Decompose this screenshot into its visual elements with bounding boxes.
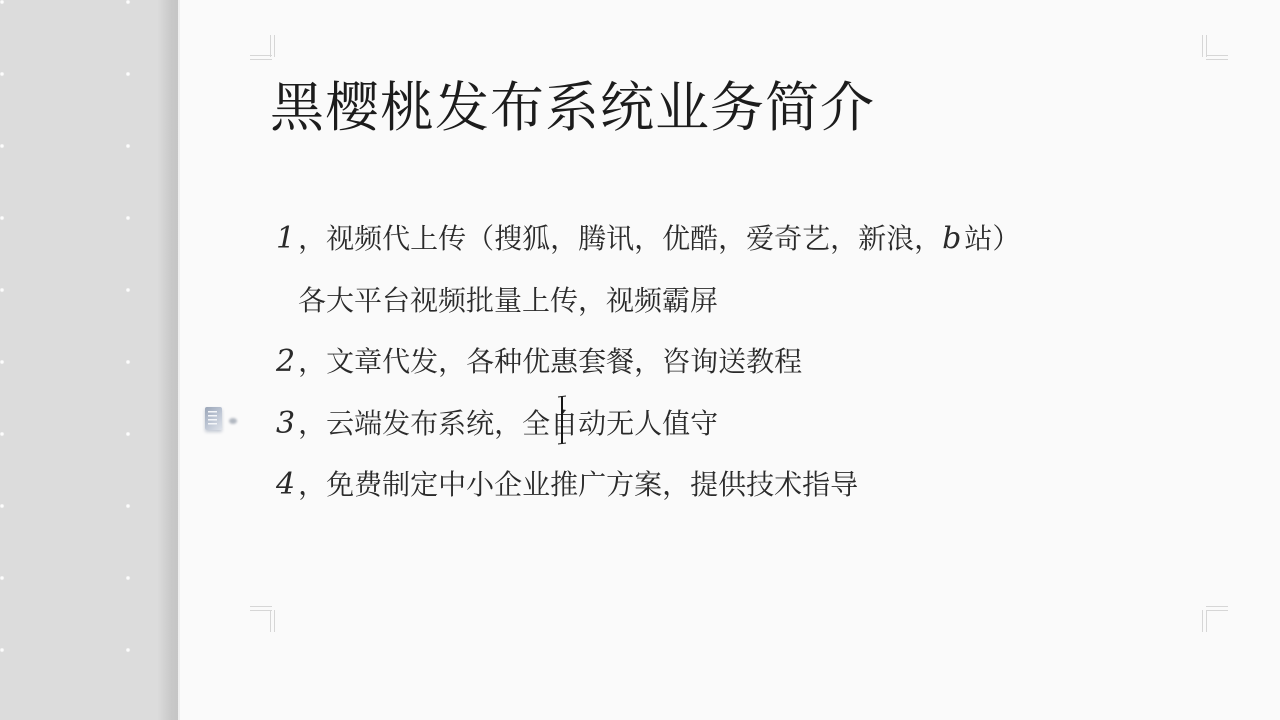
text-caret: [561, 397, 563, 443]
line-text: 各大平台视频批量上传，视频霸屏: [298, 285, 718, 316]
body-line-4[interactable]: 3，云端发布系统，全自动无人值守: [276, 407, 1176, 469]
document-title[interactable]: 黑樱桃发布系统业务简介: [270, 79, 875, 137]
anchor-doc-lines: [208, 411, 217, 425]
list-number: 1: [276, 221, 298, 256]
paragraph-anchor-icon[interactable]: [202, 405, 240, 435]
corner-mark-bottom-right: [1202, 606, 1228, 632]
list-number: b: [942, 221, 964, 256]
line-text: ，免费制定中小企业推广方案，提供技术指导: [298, 469, 858, 500]
corner-mark-bottom-left: [250, 606, 276, 632]
list-number: 3: [276, 406, 298, 441]
page-edge-shadow: [158, 0, 178, 720]
body-line-3[interactable]: 2，文章代发，各种优惠套餐，咨询送教程: [276, 345, 1176, 407]
body-text[interactable]: 1，视频代上传（搜狐，腾讯，优酷，爱奇艺，新浪，b站）各大平台视频批量上传，视频…: [276, 222, 1176, 530]
body-line-2[interactable]: 各大平台视频批量上传，视频霸屏: [276, 284, 1176, 346]
line-text: ，视频代上传（搜狐，腾讯，优酷，爱奇艺，新浪，: [298, 223, 942, 254]
line-text: ，文章代发，各种优惠套餐，咨询送教程: [298, 346, 802, 377]
editor-canvas-background: [0, 0, 178, 720]
corner-mark-top-right: [1202, 35, 1228, 61]
line-text: 站）: [964, 223, 1020, 254]
anchor-dot: [229, 418, 237, 424]
line-text: ，云端发布系统，全自动无人值守: [298, 408, 718, 439]
body-line-1[interactable]: 1，视频代上传（搜狐，腾讯，优酷，爱奇艺，新浪，b站）: [276, 222, 1176, 284]
list-number: 4: [276, 467, 298, 502]
body-line-5[interactable]: 4，免费制定中小企业推广方案，提供技术指导: [276, 468, 1176, 530]
list-number: 2: [276, 344, 298, 379]
corner-mark-top-left: [250, 35, 276, 61]
